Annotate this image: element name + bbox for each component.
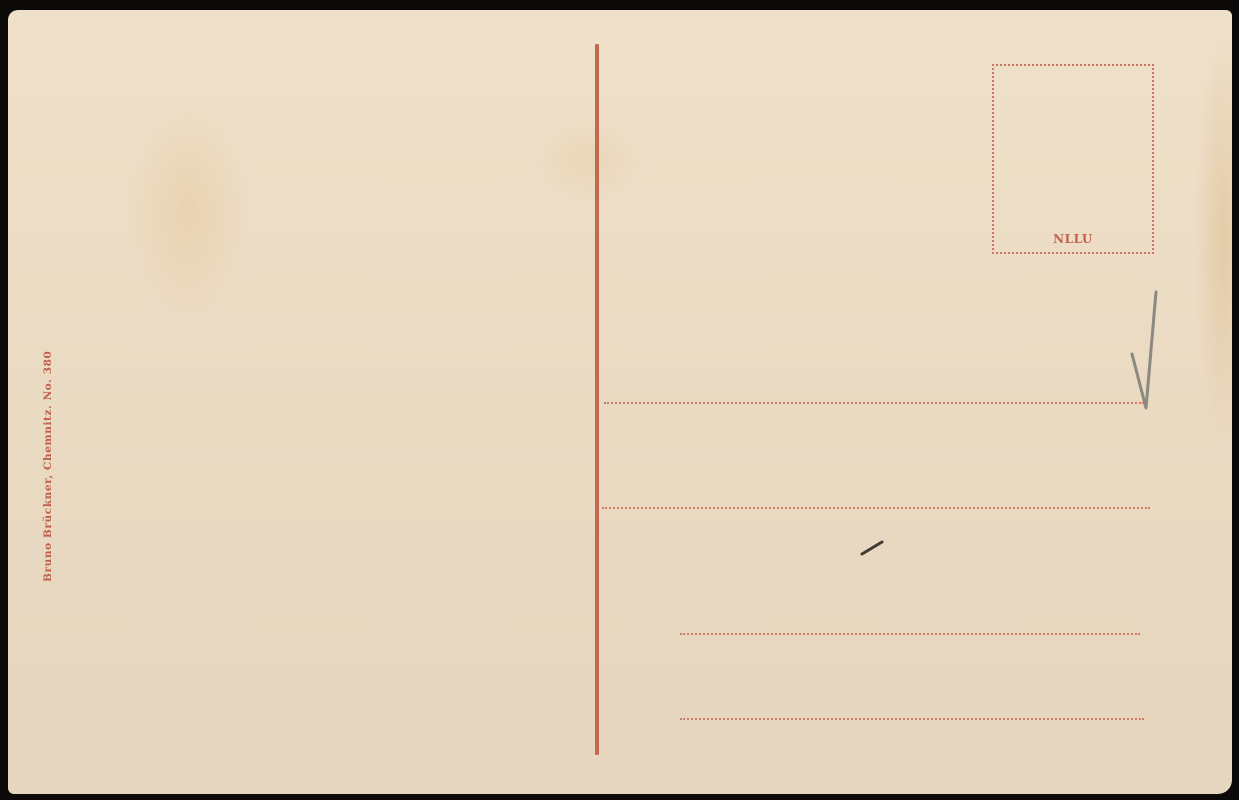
pencil-check-mark-icon xyxy=(1126,290,1166,420)
center-divider-line xyxy=(595,44,599,755)
publisher-imprint: Bruno Brückner, Chemnitz. No. 380 xyxy=(42,351,54,582)
stamp-box-label: NLLU xyxy=(994,232,1152,246)
pencil-stroke-icon xyxy=(860,538,888,558)
postcard-back: Bruno Brückner, Chemnitz. No. 380 NLLU xyxy=(8,10,1232,794)
address-line-2 xyxy=(602,507,1150,509)
stamp-box: NLLU xyxy=(992,64,1154,254)
address-line-1 xyxy=(604,402,1144,404)
address-line-3 xyxy=(680,633,1140,635)
address-line-4 xyxy=(680,718,1144,720)
